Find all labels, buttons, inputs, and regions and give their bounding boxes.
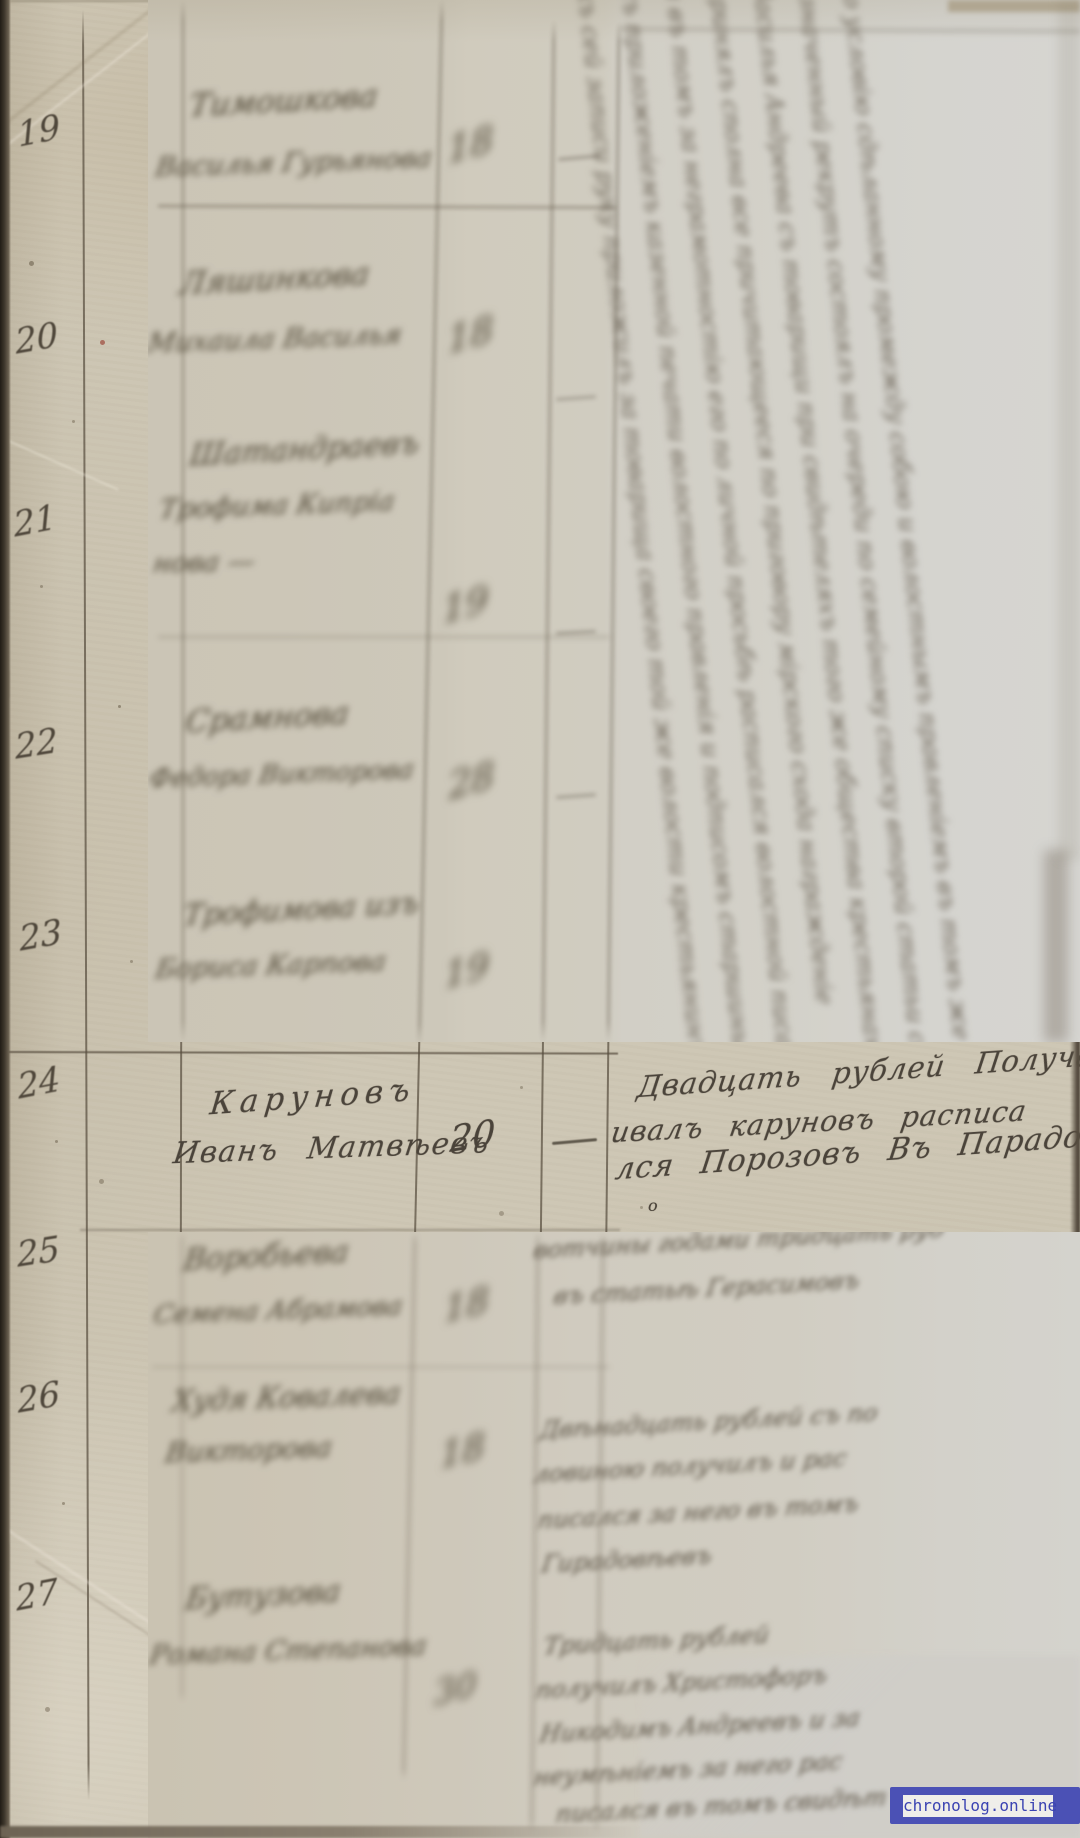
table-rule-vertical-1 [82,10,90,1800]
watermark-text: chronolog.online [903,1795,1053,1817]
row24-name-line2: Иванъ Матвѣевъ [171,1125,492,1170]
row24-dash-mark [552,1138,597,1145]
blurred-right-edge-smear [1058,0,1080,860]
page-right-edge [1070,1028,1080,1236]
paper-crease [0,436,119,491]
blurred-row-separator [152,1366,610,1368]
row-number-22: 22 [14,721,59,768]
row24-age-value: 20 [449,1113,496,1162]
row-number-26: 26 [16,1374,61,1422]
row-separator-above-row24 [8,1051,618,1055]
row-number-23: 23 [18,912,63,960]
blurred-row-separator [158,636,610,638]
row24-name-line1: Каруновъ [208,1072,417,1123]
row-number-20: 20 [14,315,59,363]
scanned-register-page: 19 20 21 22 23 24 25 26 27 Каруновъ Иван… [0,0,1080,1838]
watermark-badge: chronolog.online [890,1787,1080,1824]
row-number-19: 19 [16,108,62,156]
row-number-27: 27 [14,1572,60,1620]
blurred-name-line: Викторова [163,1430,334,1469]
blurred-right-edge-smear [1044,850,1068,1042]
row-number-25: 25 [16,1229,61,1276]
row24-stray-mark: о [648,1196,658,1215]
watermark-inner-box: chronolog.online [903,1795,1053,1817]
row-number-21: 21 [12,498,58,546]
row-separator-below-row24 [80,1229,620,1231]
left-page-edge [0,0,11,1838]
blurred-name-line: нова — [151,546,257,579]
row-number-24: 24 [16,1060,62,1108]
bottom-page-edge [0,1826,640,1838]
